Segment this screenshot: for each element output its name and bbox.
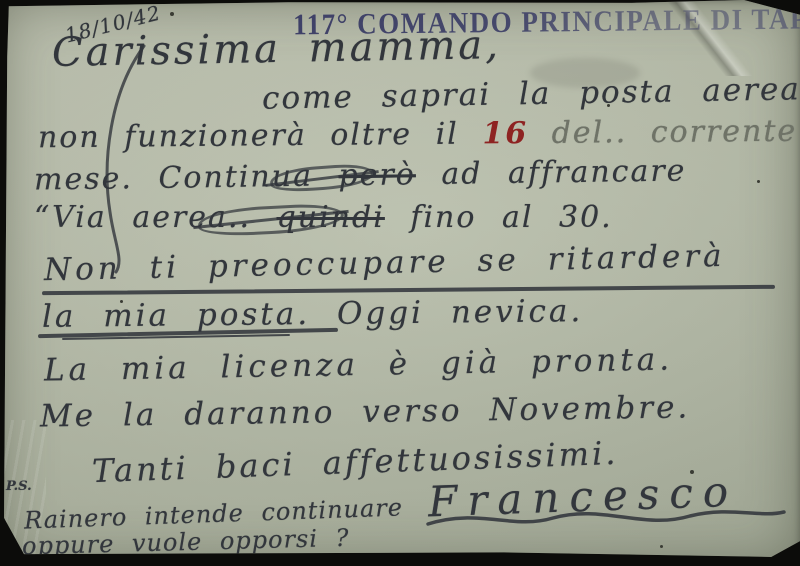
ps-label: P.S. xyxy=(6,479,32,494)
underline-stroke xyxy=(42,285,775,295)
line-text: fino al 30. xyxy=(385,200,613,235)
line-text: . Oggi nevica. xyxy=(297,293,583,332)
handwritten-line: non funzionerà oltre il 16 del.. corrent… xyxy=(38,114,798,156)
line-text: ad affrancare xyxy=(416,153,687,192)
handwritten-line: La mia licenza è già pronta. xyxy=(44,342,674,389)
postcard: 117° COMANDO PRINCIPALE DI TAPPA 18/10/4… xyxy=(0,0,800,566)
faded-text: del.. corrente xyxy=(528,114,797,151)
greeting-line: Carissima mamma, xyxy=(52,22,502,76)
line-text: La mia licenza è già pronta. xyxy=(44,342,674,389)
red-ink-number: 16 xyxy=(482,116,528,151)
line-text: non funzionerà oltre il xyxy=(38,116,483,155)
signature-flourish xyxy=(418,500,798,540)
handwritten-line: Me la daranno verso Novembre. xyxy=(40,389,691,434)
handwritten-line: come saprai la posta aerea xyxy=(262,71,800,116)
ink-speck xyxy=(660,545,663,548)
ink-speck xyxy=(757,180,760,183)
line-text: come saprai la posta aerea xyxy=(262,71,800,116)
line-text: Me la daranno verso Novembre. xyxy=(40,389,691,434)
ink-speck xyxy=(170,12,174,16)
